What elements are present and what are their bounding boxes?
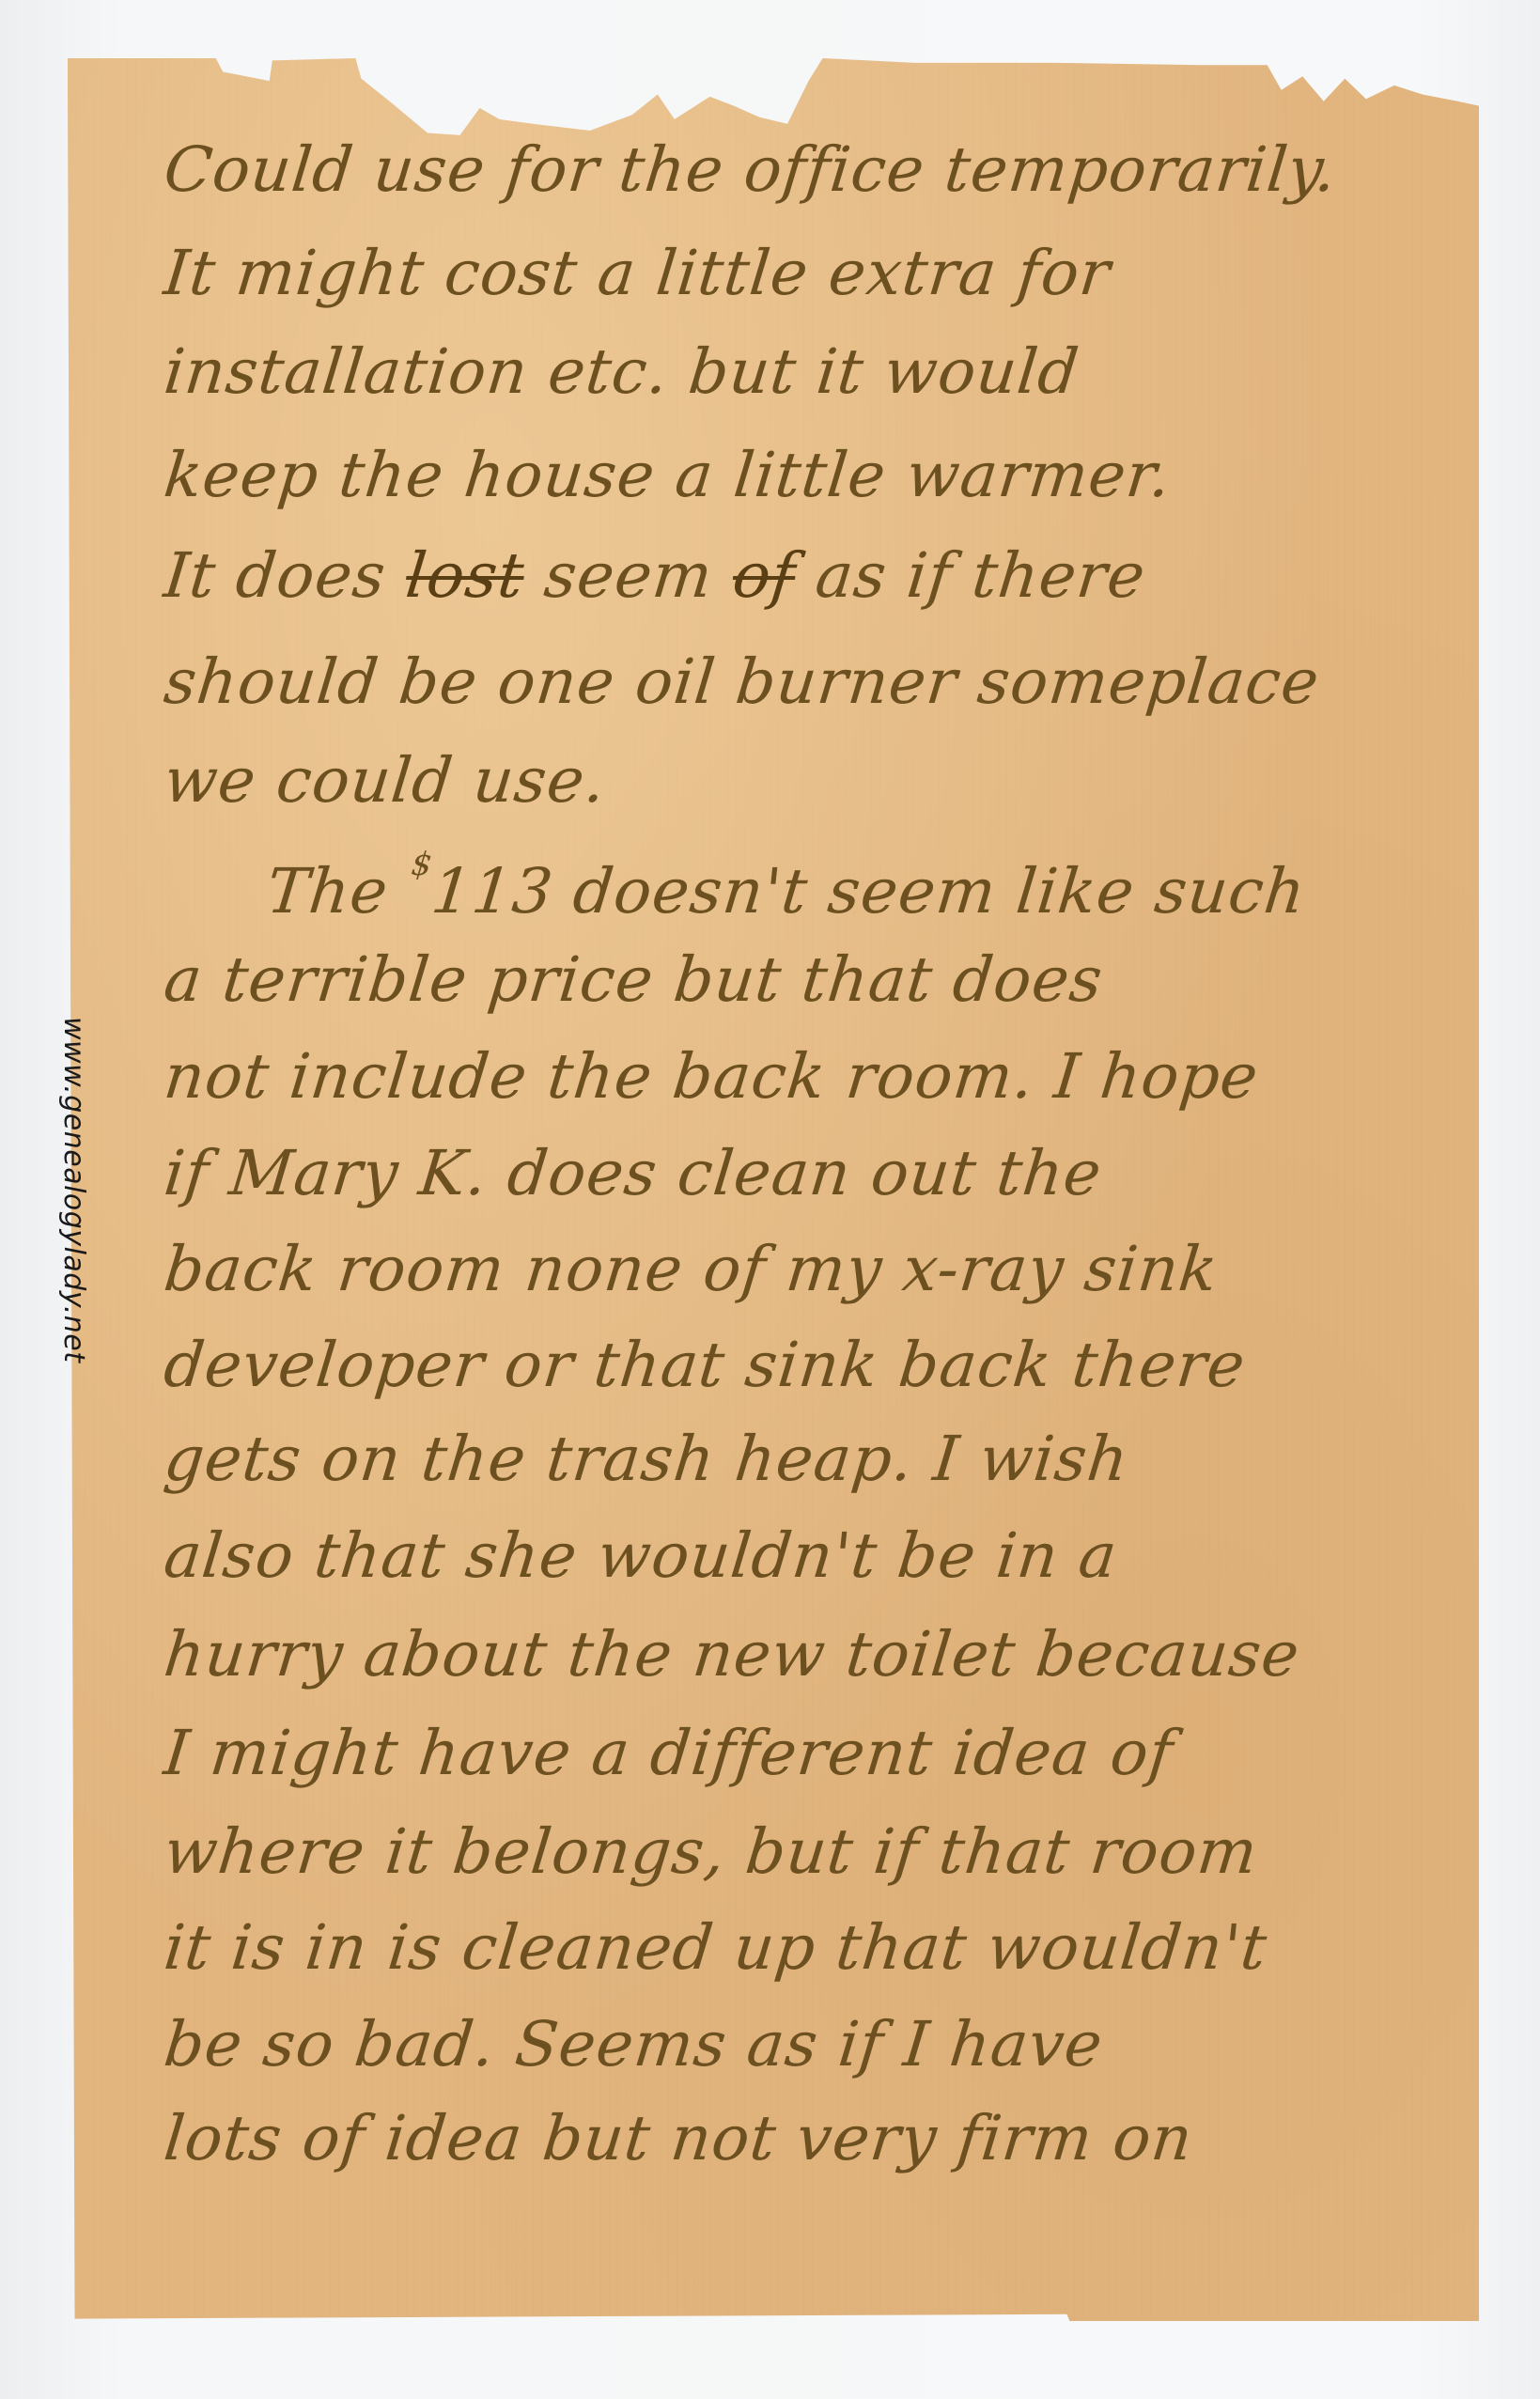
letter-line-18: where it belongs, but if that room xyxy=(162,1821,1261,1883)
line-5-text-end: as if there xyxy=(791,539,1148,612)
dollar-sign-superscript: $ xyxy=(410,846,435,883)
line-8-text-end: 113 doesn't seem like such xyxy=(428,855,1310,927)
struck-word-lost: lost xyxy=(402,539,527,612)
struck-word-of: of xyxy=(729,539,799,612)
letter-line-11: if Mary K. does clean out the xyxy=(162,1143,1105,1205)
line-8-text-start: The xyxy=(263,855,412,927)
letter-line-5: It does lost seem of as if there xyxy=(162,545,1149,607)
letter-line-1: Could use for the office temporarily. xyxy=(162,139,1340,201)
letter-line-17: I might have a different idea of xyxy=(162,1722,1176,1784)
letter-line-15: also that she wouldn't be in a xyxy=(162,1525,1121,1587)
letter-line-13: developer or that sink back there xyxy=(162,1334,1249,1396)
letter-line-12: back room none of my x-ray sink xyxy=(162,1238,1221,1301)
letter-line-7: we could use. xyxy=(162,750,609,812)
letter-line-10: not include the back room. I hope xyxy=(162,1046,1262,1108)
line-5-text-start: It does xyxy=(161,539,411,612)
watermark-text: www.genealogylady.net xyxy=(53,1017,90,1449)
letter-line-16: hurry about the new toilet because xyxy=(162,1624,1303,1686)
letter-line-21: lots of idea but not very firm on xyxy=(162,2108,1196,2170)
letter-line-2: It might cost a little extra for xyxy=(162,242,1114,304)
letter-line-19: it is in is cleaned up that wouldn't xyxy=(162,1917,1270,1979)
letter-line-9: a terrible price but that does xyxy=(162,949,1106,1011)
letter-line-20: be so bad. Seems as if I have xyxy=(162,2014,1106,2076)
letter-line-14: gets on the trash heap. I wish xyxy=(162,1428,1132,1490)
letter-line-4: keep the house a little warmer. xyxy=(162,444,1174,506)
letter-line-3: installation etc. but it would xyxy=(162,341,1082,403)
letter-line-8: The $113 doesn't seem like such xyxy=(161,849,1310,923)
line-5-text-mid: seem xyxy=(521,539,738,612)
letter-line-6: should be one oil burner someplace xyxy=(162,651,1323,713)
